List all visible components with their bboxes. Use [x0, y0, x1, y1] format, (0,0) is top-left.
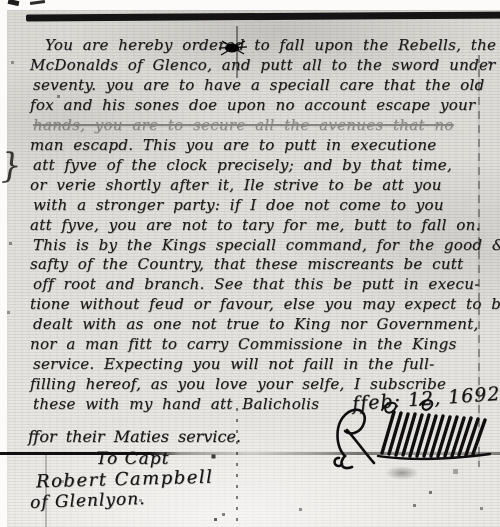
ink-smudge [385, 466, 419, 480]
letter-line: fox and his sones doe upon no account es… [30, 96, 496, 116]
letter-line: hands, you are to secure all the avenues… [33, 116, 496, 136]
letter-line: This is by the Kings speciall command, f… [33, 236, 496, 256]
letter-line: seventy. you are to have a speciall care… [33, 76, 496, 96]
scan-corner-mark [8, 0, 20, 6]
docket-address-line: To Capt [96, 449, 170, 469]
letter-line: You are hereby ordered to fall upon the … [45, 36, 496, 56]
docket-service-line: ffor their Maties service. [28, 427, 241, 446]
letter-line: safty of the Country, that these miscrea… [30, 255, 496, 275]
letter-line: with a stronger party: if I doe not come… [33, 196, 496, 216]
letter-line: att fyve, you are not to tary for me, bu… [30, 216, 496, 236]
letter-line: dealt with as one not true to King nor G… [33, 315, 496, 335]
margin-bracket-mark: } [0, 145, 23, 186]
letter-line: service. Expecting you will not faill in… [33, 355, 496, 375]
letter-line: off root and branch. See that this be pu… [33, 275, 496, 295]
letter-line: att fyve of the clock precisely; and by … [33, 156, 496, 176]
signature-scribble [322, 398, 498, 474]
scan-corner-mark [30, 0, 45, 5]
letter-body: You are hereby ordered to fall upon the … [30, 36, 496, 415]
letter-line: or verie shortly after it, Ile strive to… [30, 176, 496, 196]
letter-line: tione without feud or favour, else you m… [30, 295, 496, 315]
fold-crease-vertical-bottom [236, 408, 238, 527]
docket-address-line: of Glenlyon. [30, 489, 146, 513]
scanned-letter-page: } You are hereby ordered to fall upon th… [0, 0, 500, 527]
paper-specks [0, 0, 1, 1]
letter-line: McDonalds of Glenco, and putt all to the… [30, 56, 496, 76]
letter-line: man escapd. This you are to putt in exec… [30, 136, 496, 156]
letter-line: nor a man fitt to carry Commissione in t… [30, 335, 496, 355]
ink-blot-icon [219, 38, 247, 58]
